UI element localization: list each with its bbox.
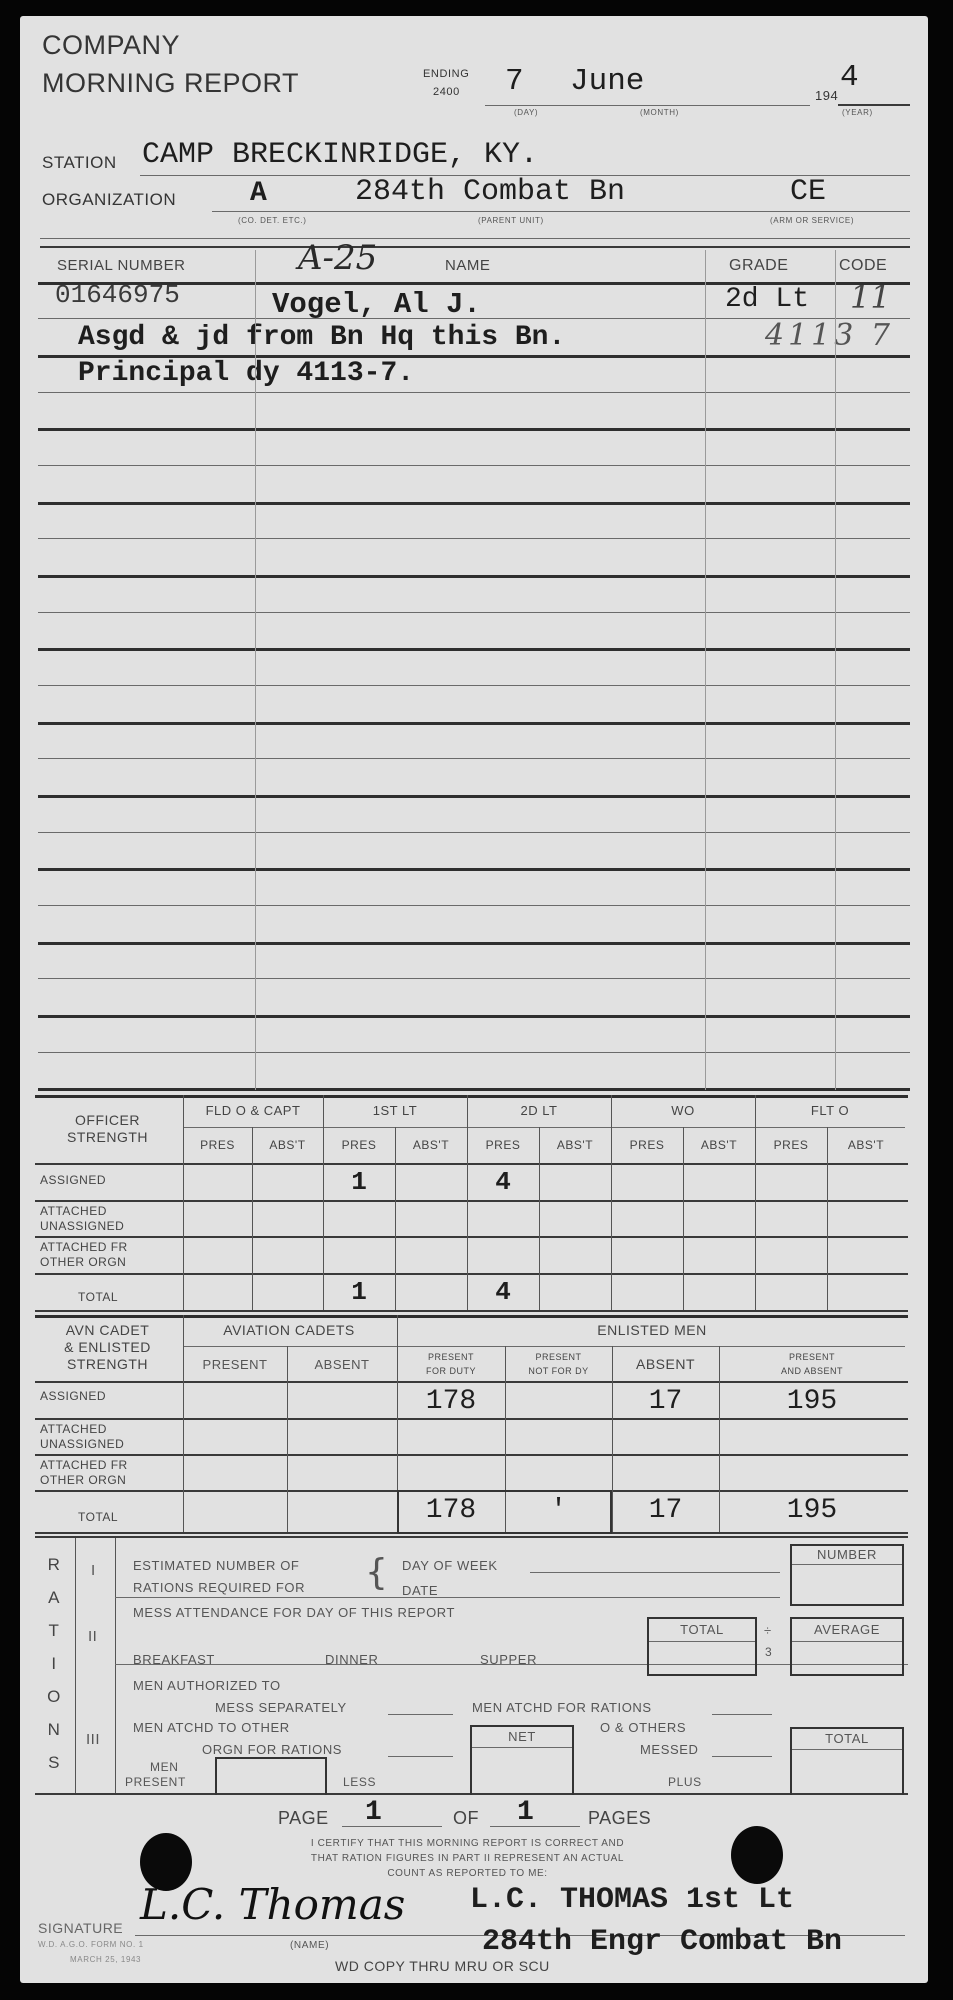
page-label: PAGE xyxy=(278,1808,329,1829)
rations-letter: A xyxy=(44,1581,64,1614)
entry-rule xyxy=(38,1015,910,1018)
officer-sub-header: PRES xyxy=(755,1138,827,1152)
enlisted-row-label: ASSIGNED xyxy=(40,1389,106,1403)
year-caption: (YEAR) xyxy=(842,108,873,117)
brace-icon: { xyxy=(365,1553,388,1593)
men-present-line2: PRESENT xyxy=(125,1775,186,1789)
officer-strength-title-2: STRENGTH xyxy=(35,1129,180,1146)
less-label: LESS xyxy=(343,1775,376,1789)
handwritten-mark: A-25 xyxy=(298,238,377,278)
report-year-digit: 4 xyxy=(840,60,859,95)
rations-letter: R xyxy=(44,1548,64,1581)
ending-label: ENDING xyxy=(423,68,469,80)
officer-sub-header: PRES xyxy=(467,1138,539,1152)
officer-row-label: ATTACHEDUNASSIGNED xyxy=(40,1204,124,1234)
entry-rule xyxy=(38,1052,910,1053)
month-caption: (MONTH) xyxy=(640,108,679,117)
entry-rule xyxy=(38,758,910,759)
page-total: 1 xyxy=(517,1797,534,1828)
entry-column-divider xyxy=(255,250,256,1090)
day-of-week-label: DAY OF WEEK xyxy=(402,1558,498,1573)
year-prefix: 194 xyxy=(815,88,838,103)
organization-label: ORGANIZATION xyxy=(42,190,176,210)
arm-service-caption: (ARM OR SERVICE) xyxy=(770,216,854,225)
entry-rule xyxy=(38,978,910,979)
form-number: W.D. A.G.O. FORM NO. 1 xyxy=(38,1940,144,1949)
men-atchd-rations-label: MEN ATCHD FOR RATIONS xyxy=(472,1700,652,1715)
men-present-box[interactable] xyxy=(215,1757,327,1795)
of-label: OF xyxy=(453,1808,479,1829)
entry-rule xyxy=(38,282,910,285)
part-2-numeral: II xyxy=(88,1628,97,1645)
cadets-present-header: PRESENT xyxy=(183,1357,287,1372)
entry-rule xyxy=(38,942,910,945)
signature-label: SIGNATURE xyxy=(38,1920,123,1936)
officer-group-header: FLD O & CAPT xyxy=(183,1103,323,1118)
enlisted-sub-header: PRESENTAND ABSENT xyxy=(719,1350,905,1378)
code-header: CODE xyxy=(839,257,887,275)
entry-rule xyxy=(38,868,910,871)
enlisted-count: 17 xyxy=(612,1495,719,1526)
officer-group-header: FLT O xyxy=(755,1103,905,1118)
total-enlisted-present-box xyxy=(397,1490,612,1534)
rations-side-label: RATIONS xyxy=(44,1548,64,1779)
ending-time: 2400 xyxy=(433,86,460,98)
remark-code-handwritten: 4113 7 xyxy=(765,318,894,353)
form-date: MARCH 25, 1943 xyxy=(70,1955,141,1964)
entry-rule xyxy=(38,722,910,725)
part-3-numeral: III xyxy=(86,1731,100,1748)
officer-sub-header: ABS'T xyxy=(683,1138,755,1152)
officer-count: 1 xyxy=(323,1277,395,1307)
entry-rule xyxy=(38,428,910,431)
men-authorized-line1: MEN AUTHORIZED TO xyxy=(133,1678,281,1693)
handwritten-signature: L.C. Thomas xyxy=(140,1880,405,1929)
station-label: STATION xyxy=(42,153,117,173)
grade-header: GRADE xyxy=(729,257,788,275)
soldier-name: Vogel, Al J. xyxy=(272,288,481,321)
enlisted-row-label: ATTACHEDUNASSIGNED xyxy=(40,1422,124,1452)
plus-label: PLUS xyxy=(668,1775,702,1789)
date-label: DATE xyxy=(402,1583,438,1598)
enlisted-sub-header: ABSENT xyxy=(612,1356,719,1372)
wd-copy-note: WD COPY THRU MRU OR SCU xyxy=(335,1958,550,1974)
year-underline xyxy=(838,104,910,106)
entry-rule xyxy=(38,685,910,686)
number-box[interactable]: NUMBER xyxy=(790,1544,904,1606)
dinner-label: DINNER xyxy=(325,1652,378,1667)
officer-group-header: WO xyxy=(611,1103,755,1118)
entry-rule xyxy=(38,612,910,613)
officer-group-header: 1ST LT xyxy=(323,1103,467,1118)
entry-rule xyxy=(38,392,910,393)
entry-rule xyxy=(38,1088,910,1091)
officer-row-label: TOTAL xyxy=(78,1290,118,1304)
signer-unit: 284th Engr Combat Bn xyxy=(482,1925,842,1959)
enlisted-strength-title-1: AVN CADET xyxy=(35,1322,180,1339)
o-and-others-line1: O & OTHERS xyxy=(600,1720,686,1735)
entry-rule xyxy=(38,355,910,358)
officer-sub-header: PRES xyxy=(611,1138,683,1152)
officer-sub-header: ABS'T xyxy=(252,1138,323,1152)
entry-rule xyxy=(38,832,910,833)
page-number: 1 xyxy=(365,1797,382,1828)
entry-rule xyxy=(38,795,910,798)
pages-label: PAGES xyxy=(588,1808,651,1829)
remark-line-2: Principal dy 4113-7. xyxy=(78,358,414,389)
header-rule-bottom xyxy=(40,246,910,248)
entry-rule xyxy=(38,502,910,505)
report-month: June xyxy=(570,64,644,99)
officer-sub-header: PRES xyxy=(323,1138,395,1152)
enlisted-strength-title-2: & ENLISTED xyxy=(35,1339,180,1356)
serial-number-header: SERIAL NUMBER xyxy=(57,257,185,274)
parent-unit-caption: (PARENT UNIT) xyxy=(478,216,544,225)
rations-total-box[interactable]: TOTAL xyxy=(790,1727,904,1795)
organization-company: A xyxy=(250,178,267,209)
enlisted-sub-header: PRESENTNOT FOR DY xyxy=(505,1350,612,1378)
divisor: 3 xyxy=(765,1645,772,1659)
enlisted-sub-header: PRESENTFOR DUTY xyxy=(397,1350,505,1378)
form-title-line1: COMPANY xyxy=(42,30,180,61)
cadets-absent-header: ABSENT xyxy=(287,1357,397,1372)
entry-rule xyxy=(38,538,910,539)
enlisted-strength-title-3: STRENGTH xyxy=(35,1356,180,1373)
officer-count: 1 xyxy=(323,1167,395,1197)
header-rule-top xyxy=(40,238,910,239)
entry-rule xyxy=(38,575,910,578)
name-header: NAME xyxy=(445,257,490,274)
remark-line-1: Asgd & jd from Bn Hq this Bn. xyxy=(78,322,565,353)
date-underline xyxy=(485,105,810,106)
estimated-rations-line1: ESTIMATED NUMBER OF xyxy=(133,1558,299,1573)
officer-sub-header: ABS'T xyxy=(827,1138,905,1152)
men-atchd-other-line1: MEN ATCHD TO OTHER xyxy=(133,1720,290,1735)
rations-letter: I xyxy=(44,1647,64,1680)
aviation-cadets-header: AVIATION CADETS xyxy=(183,1322,395,1338)
enlisted-count: 17 xyxy=(612,1386,719,1417)
average-box[interactable]: AVERAGE xyxy=(790,1617,904,1676)
form-title-line2: MORNING REPORT xyxy=(42,68,299,99)
officer-sub-header: ABS'T xyxy=(395,1138,467,1152)
officer-row-label: ATTACHED FROTHER ORGN xyxy=(40,1240,128,1270)
breakfast-label: BREAKFAST xyxy=(133,1652,215,1667)
enlisted-row-label: ATTACHED FROTHER ORGN xyxy=(40,1458,128,1488)
entry-rule xyxy=(38,648,910,651)
officer-count: 4 xyxy=(467,1167,539,1197)
officer-strength-title-1: OFFICER xyxy=(35,1112,180,1129)
punch-hole-right xyxy=(731,1826,783,1884)
officer-sub-header: PRES xyxy=(183,1138,252,1152)
supper-label: SUPPER xyxy=(480,1652,537,1667)
certification-text: I CERTIFY THAT THIS MORNING REPORT IS CO… xyxy=(250,1836,685,1881)
entry-column-divider xyxy=(705,250,706,1090)
soldier-grade: 2d Lt xyxy=(725,284,809,315)
officer-count: 4 xyxy=(467,1277,539,1307)
men-atchd-other-line2: ORGN FOR RATIONS xyxy=(202,1742,342,1757)
station-value: CAMP BRECKINRIDGE, KY. xyxy=(142,138,538,172)
enlisted-count: 178 xyxy=(397,1386,505,1417)
o-and-others-line2: MESSED xyxy=(640,1742,699,1757)
enlisted-count: 195 xyxy=(719,1386,905,1417)
officer-group-header: 2D LT xyxy=(467,1103,611,1118)
entry-column-divider xyxy=(835,250,836,1090)
mess-total-box[interactable]: TOTAL xyxy=(647,1617,757,1676)
entry-rule xyxy=(38,905,910,906)
rations-letter: S xyxy=(44,1746,64,1779)
organization-underline xyxy=(212,211,910,212)
entry-rule xyxy=(38,318,910,319)
rations-letter: N xyxy=(44,1713,64,1746)
enlisted-row-label: TOTAL xyxy=(78,1510,118,1524)
entry-rule xyxy=(38,465,910,466)
men-authorized-line2: MESS SEPARATELY xyxy=(215,1700,347,1715)
enlisted-count: 195 xyxy=(719,1495,905,1526)
company-caption: (CO. DET. ETC.) xyxy=(238,216,307,225)
organization-parent-unit: 284th Combat Bn xyxy=(355,175,625,209)
mess-attendance-title: MESS ATTENDANCE FOR DAY OF THIS REPORT xyxy=(133,1605,455,1620)
day-caption: (DAY) xyxy=(514,108,538,117)
divide-sign: ÷ xyxy=(764,1623,772,1638)
report-day: 7 xyxy=(505,64,524,99)
part-1-numeral: I xyxy=(91,1562,96,1579)
officer-row-label: ASSIGNED xyxy=(40,1173,106,1187)
enlisted-men-header: ENLISTED MEN xyxy=(397,1322,907,1338)
organization-arm-service: CE xyxy=(790,175,826,209)
rations-letter: O xyxy=(44,1680,64,1713)
estimated-rations-line2: RATIONS REQUIRED FOR xyxy=(133,1580,305,1595)
rations-letter: T xyxy=(44,1614,64,1647)
net-box[interactable]: NET xyxy=(470,1725,574,1795)
signer-name-rank: L.C. THOMAS 1st Lt xyxy=(470,1883,794,1917)
men-present-line1: MEN xyxy=(150,1760,178,1774)
officer-sub-header: ABS'T xyxy=(539,1138,611,1152)
name-caption: (NAME) xyxy=(290,1940,329,1951)
